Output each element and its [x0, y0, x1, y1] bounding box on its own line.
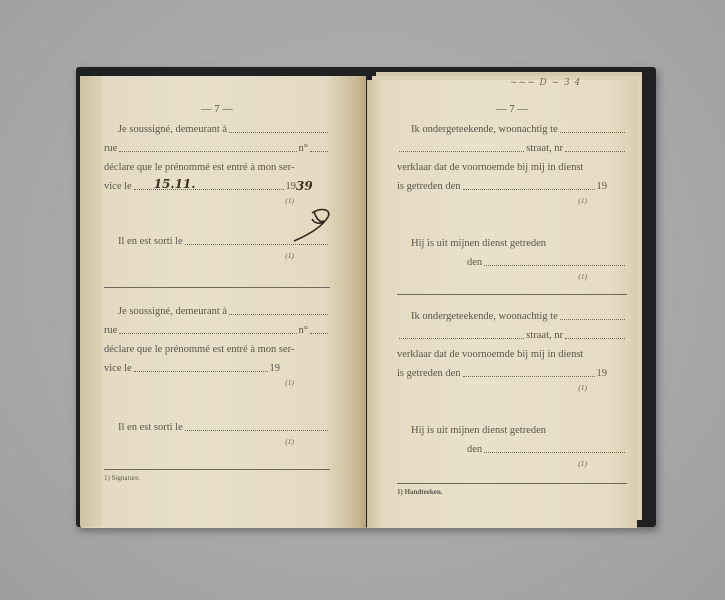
- date-fill-line[interactable]: 15.11.: [134, 177, 284, 190]
- handwritten-scribble: ~~~ D ~ 3 4: [510, 78, 581, 88]
- street-fill-line[interactable]: [119, 139, 296, 152]
- form-entry-1: Ik ondergeteekende, woonachtig te straat…: [397, 120, 627, 282]
- fill-line[interactable]: [560, 307, 625, 320]
- left-page-content: — 7 — Je soussigné, demeurant à ruen° dé…: [104, 100, 330, 483]
- fill-line[interactable]: [229, 120, 328, 133]
- date-fill-line[interactable]: [463, 364, 595, 377]
- footnote: 1) Signature.: [104, 473, 330, 483]
- number-fill-line[interactable]: [310, 321, 328, 334]
- street-fill-line[interactable]: [399, 139, 524, 152]
- number-fill-line[interactable]: [565, 139, 625, 152]
- page-number: — 7 —: [104, 100, 330, 120]
- fill-line[interactable]: [229, 302, 328, 315]
- footnote-divider: [104, 469, 330, 470]
- form-entry-2: Je soussigné, demeurant à ruen° déclare …: [104, 302, 330, 447]
- street-fill-line[interactable]: [119, 321, 296, 334]
- signature-mark: [290, 205, 336, 245]
- page-number: — 7 —: [397, 100, 627, 120]
- footnote-divider: [397, 483, 627, 484]
- number-fill-line[interactable]: [310, 139, 328, 152]
- label: Je soussigné, demeurant à: [118, 120, 227, 139]
- footnote: 1) Handteeken.: [397, 487, 627, 497]
- date-fill-line[interactable]: [134, 359, 268, 372]
- street-fill-line[interactable]: [399, 326, 524, 339]
- date-fill-line[interactable]: [463, 177, 595, 190]
- left-page-edge: [80, 76, 102, 526]
- exit-fill-line[interactable]: [484, 253, 625, 266]
- handwritten-date: 15.11.: [154, 177, 196, 194]
- handwritten-year: 39: [296, 177, 330, 196]
- exit-fill-line[interactable]: [185, 418, 328, 431]
- exit-fill-line[interactable]: [484, 440, 625, 453]
- number-fill-line[interactable]: [565, 326, 625, 339]
- fill-line[interactable]: [560, 120, 625, 133]
- form-entry-2: Ik ondergeteekende, woonachtig te straat…: [397, 307, 627, 469]
- right-page-content: — 7 — Ik ondergeteekende, woonachtig te …: [397, 100, 627, 497]
